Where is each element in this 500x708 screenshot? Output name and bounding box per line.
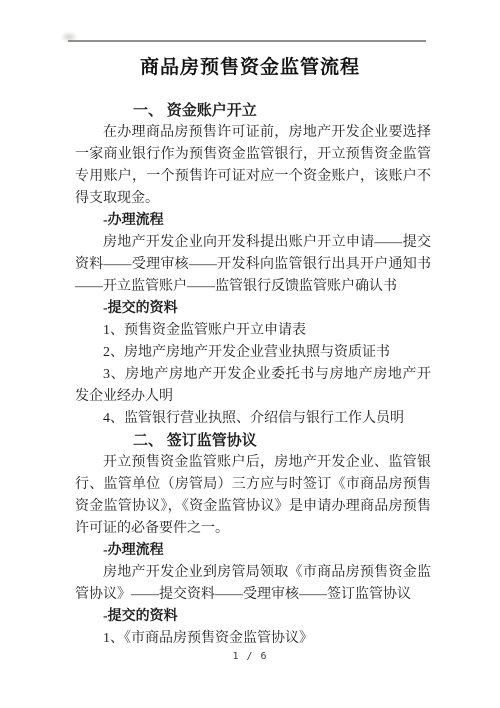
header-rule	[68, 40, 426, 42]
sub-heading: -提交的资料	[75, 298, 431, 320]
sub-heading: -提交的资料	[75, 606, 431, 628]
section-heading: 二、 签订监管协议	[75, 430, 431, 452]
list-item: 1、预售资金监管账户开立申请表	[75, 320, 431, 342]
page-number: 1 / 6	[0, 651, 500, 662]
paragraph: 开立预售资金监管账户后，房地产开发企业、监管银行、监管单位（房管局）三方应与时签…	[75, 452, 431, 540]
paragraph: 在办理商品房预售许可证前，房地产开发企业要选择一家商业银行作为预售资金监管银行，…	[75, 122, 431, 210]
list-item: 2、房地产房地产开发企业营业执照与资质证书	[75, 342, 431, 364]
paragraph: 房地产开发企业到房管局领取《市商品房预售资金监管协议》——提交资料——受理审核—…	[75, 562, 431, 606]
list-item: 3、房地产房地产开发企业委托书与房地产房地产开发企业经办人明	[75, 364, 431, 408]
list-item: 1、《市商品房预售资金监管协议》	[75, 628, 431, 650]
document-body: 一、 资金账户开立在办理商品房预售许可证前，房地产开发企业要选择一家商业银行作为…	[75, 100, 431, 650]
sub-heading: -办理流程	[75, 540, 431, 562]
paragraph: 房地产开发企业向开发科提出账户开立申请——提交资料——受理审核——开发科向监管银…	[75, 232, 431, 298]
sub-heading: -办理流程	[75, 210, 431, 232]
document-page: 商品房预售资金监管流程 一、 资金账户开立在办理商品房预售许可证前，房地产开发企…	[0, 0, 500, 708]
document-title: 商品房预售资金监管流程	[70, 54, 430, 82]
section-heading: 一、 资金账户开立	[75, 100, 431, 122]
list-item: 4、监管银行营业执照、介绍信与银行工作人员明	[75, 408, 431, 430]
